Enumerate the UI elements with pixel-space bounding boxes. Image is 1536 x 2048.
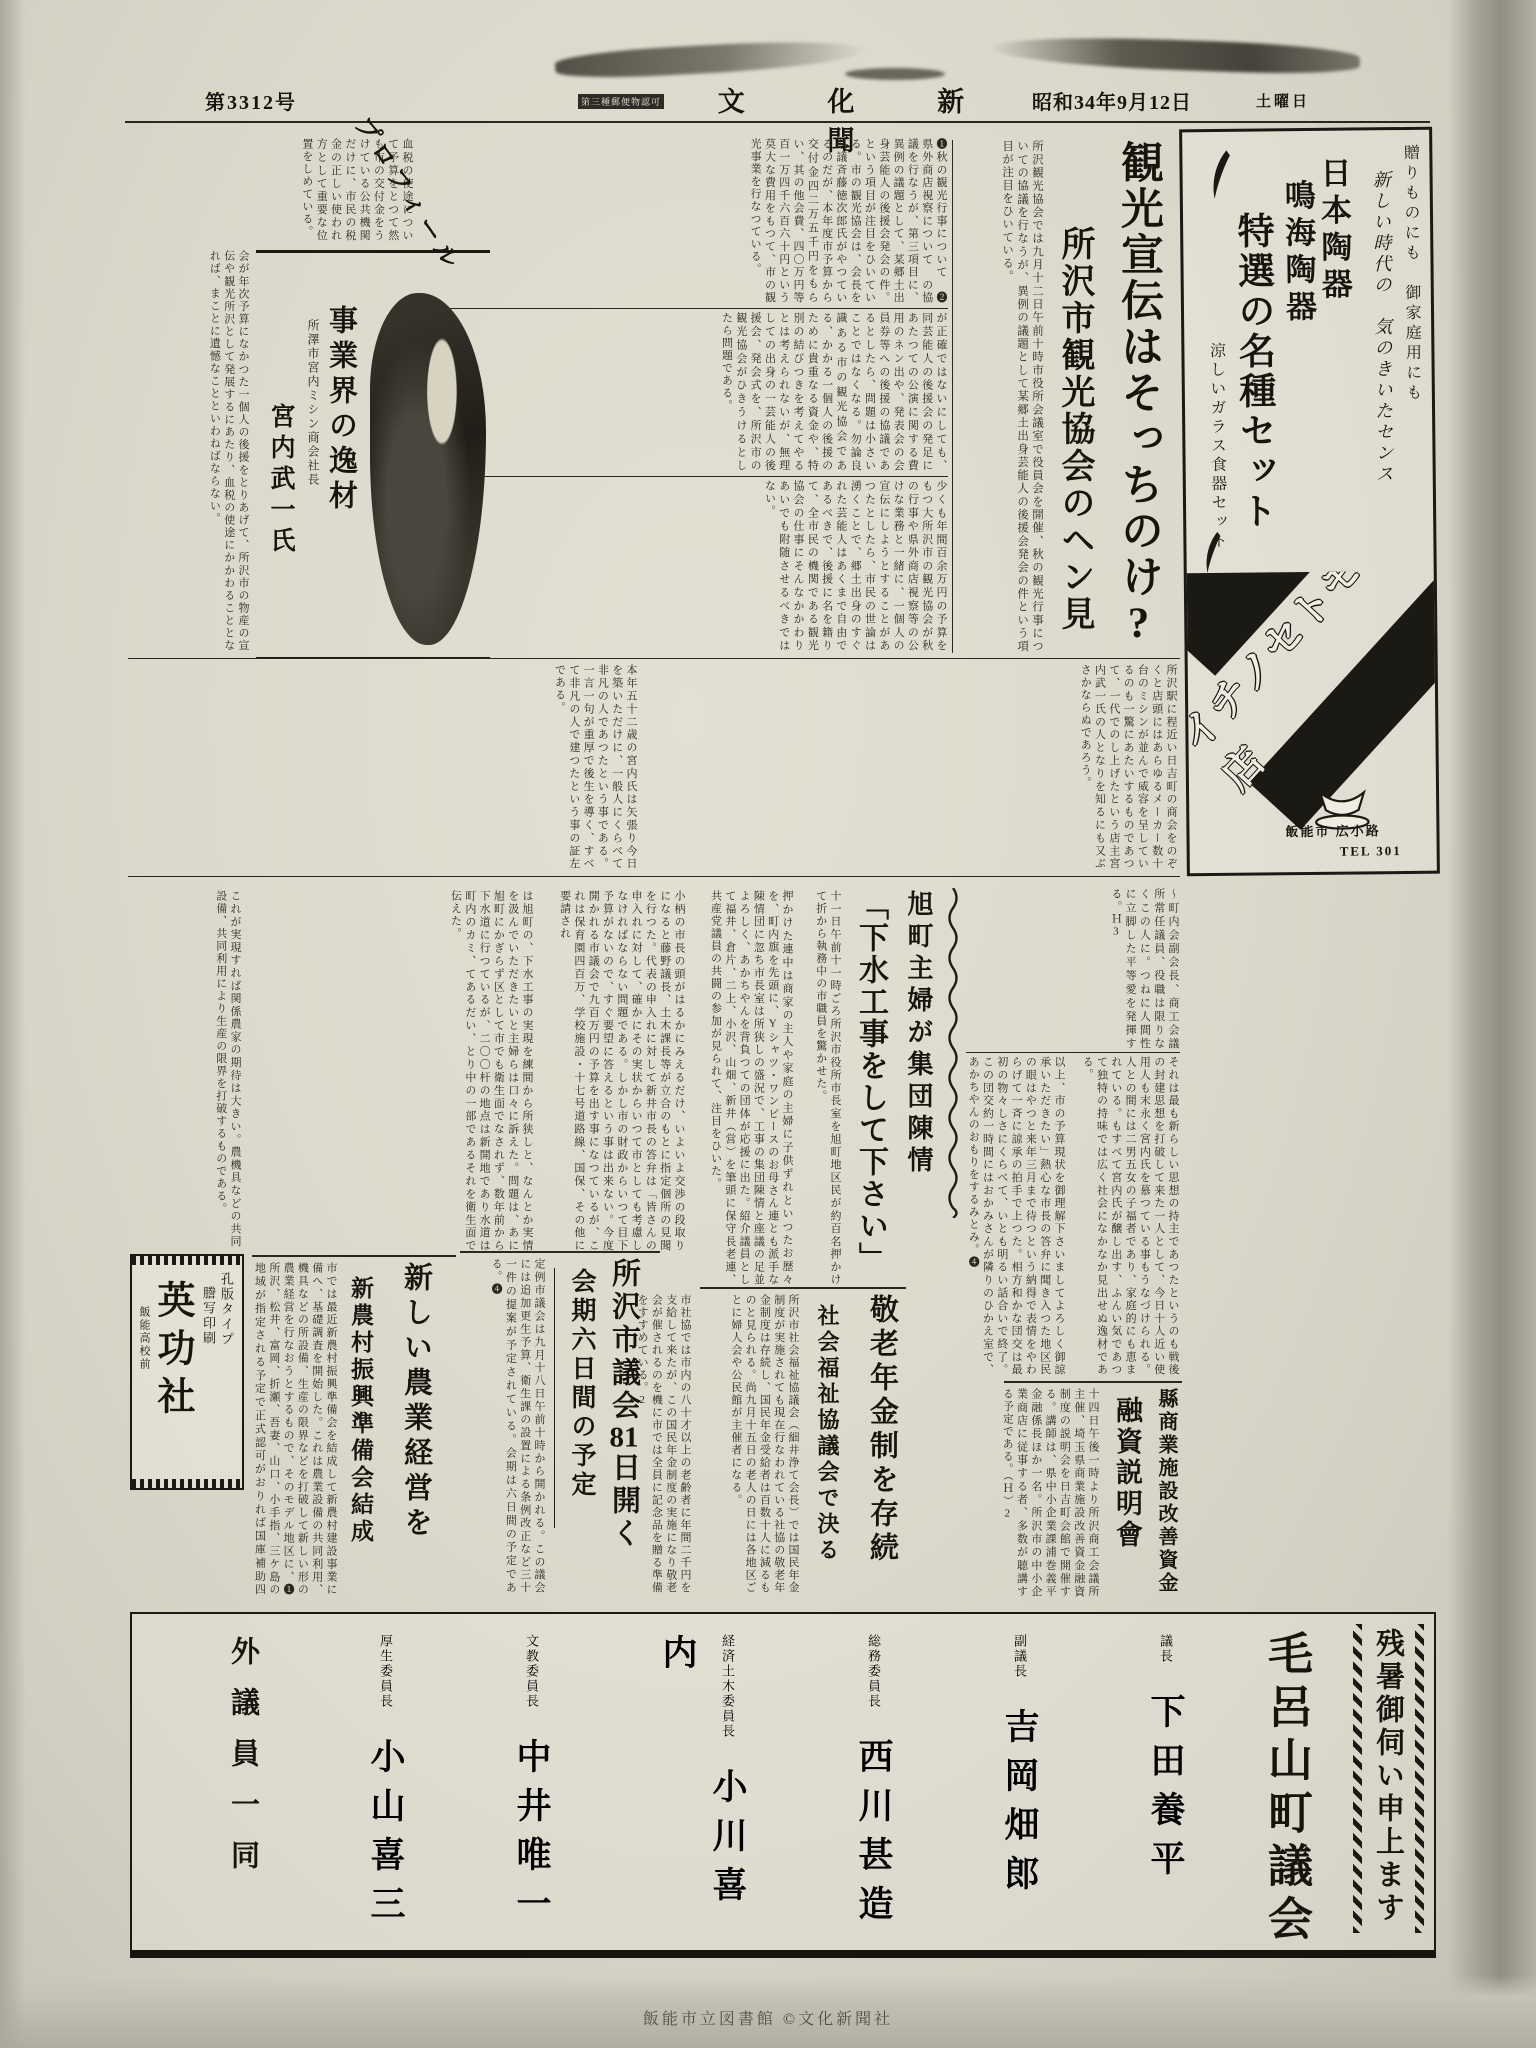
eikosha-stripe-bottom — [132, 1479, 242, 1488]
kanko-left-2: 会が年次予算になかつた一個人の後援をとりあげて、所沢市の物産の宣伝や観光所沢とし… — [128, 250, 250, 652]
eikosha-name: 英功社 — [145, 1280, 200, 1470]
tableware-catch-right: 贈りものにも 御家庭用にも — [1398, 144, 1426, 574]
nogyo-lead: 市では最近新農村振興準備会を結成して新農村建設事業に備へ、基礎調査を開始した。こ… — [252, 1262, 338, 1596]
official-title: 議長 — [1158, 1634, 1173, 1664]
kanko-divider-v — [952, 140, 953, 653]
profile-rule-3 — [966, 1052, 1180, 1053]
tableware-brand-2: 鳴海陶器 — [1275, 179, 1322, 327]
keiro-headline-2: 社会福祉協議会で決る — [812, 1304, 843, 1584]
gikai-rule — [460, 1251, 660, 1253]
official-title: 厚生委員長 — [378, 1634, 393, 1709]
brush-mark-icon — [1207, 146, 1234, 226]
gikai-lead: 定例市議会は九月十八日午前十時から開かれる。この議会には追加更生予算、衛生課の設… — [460, 1258, 546, 1594]
moroyama-official: 総務委員長 西川甚造 — [848, 1634, 898, 1950]
moroyama-official: 副議長 吉岡畑郎 — [994, 1634, 1044, 1950]
keiro-headline-1: 敬老年金制を存続 — [862, 1294, 903, 1594]
asahicho-body-1: 押かけた連中は商家の主人や家庭の主婦に子供ずれといつたお歴々を、町内旗を先頭に、… — [690, 890, 794, 1286]
gikai-headline-1b: 日開く — [608, 1452, 640, 1551]
kanko-body-3: 少くも年間百余万円の予算をもつ大所沢市の観光協会が秋の行事や県外商店視察等の公け… — [420, 480, 948, 652]
kanko-body-2: が正確ではないにしても、同芸能人の後援会の発足にあたつての公演に関する費用のネン… — [420, 312, 948, 472]
official-name: 小山喜三 — [366, 1738, 405, 1934]
tableware-main-copy: 特選の名種セット — [1224, 211, 1281, 532]
profile-name: 宮内武一氏 — [262, 403, 298, 603]
profile-feature-box: プロフィール 事業界の逸材 所澤市宮内ミシン商会社長 宮内武一氏 — [256, 250, 490, 659]
keiro-lead: 所沢市社会福祉協議会（細井浄て会長）では国民年金制度が実施されても現在行なわれて… — [700, 1294, 800, 1594]
moroyama-official: 経済土木委員長 小川喜内 — [652, 1634, 752, 1950]
kanko-headline-2: 所沢市観光協会のヘン見 — [1050, 226, 1099, 666]
asahicho-headline-1: 旭町主婦が集団陳情 — [900, 890, 937, 1190]
kanko-body-1: ❶秋の観光行事について ❷県外商店視察について の協議を行なうが、第三項目に、異… — [420, 138, 948, 304]
nogyo-headline-2: 新農村振興準備会結成 — [344, 1276, 377, 1586]
official-name: 西川甚造 — [854, 1738, 893, 1934]
issue-date: 昭和34年9月12日 — [1032, 86, 1192, 115]
scan-edge-left — [0, 0, 26, 2048]
greeting-zigzag-right — [1415, 1624, 1424, 1933]
tableware-diagonal-art: イチノセトモノ店 飯能市 広小路 TEL 301 — [1187, 571, 1437, 874]
keiro-rule — [700, 1287, 906, 1289]
scan-smudge-top-center — [845, 68, 945, 80]
newspaper-page: 第3312号 第三種郵便物認可 文 化 新 聞 昭和34年9月12日 土曜日 贈… — [0, 0, 1536, 2048]
nogyo-side: これが実現すれば関係農家の期待は大きい。農機具などの共同設備、共同利用により生産… — [128, 890, 242, 1248]
tableware-tel: TEL 301 — [1340, 843, 1402, 860]
moroyama-official: 厚生委員長 小山喜三 — [360, 1634, 410, 1950]
header-rule — [125, 121, 1430, 123]
postal-permit-label: 第三種郵便物認可 — [578, 94, 664, 109]
official-title: 文教委員長 — [524, 1634, 539, 1709]
kanko-rule-2 — [420, 476, 948, 477]
gikai-headline-2: 会期六日間の予定 — [554, 1268, 599, 1528]
eikosha-stripe-top — [132, 1256, 242, 1265]
profile-body-3: 〜町内会副会長、商工会議所常任議員、役職は限りなくこの人に。つねに人間性に立脚し… — [966, 888, 1180, 1050]
eikosha-service-1: 孔版タイプ — [217, 1272, 236, 1472]
official-name: 吉岡畑郎 — [1000, 1708, 1039, 1904]
moroyama-signoff: 外議員一同 — [223, 1636, 264, 1950]
profile-body-1: 所沢駅に程近い日吉町の商会をのぞくと店頭にはあらゆるメーカー数十台のミシンが並ん… — [648, 664, 1178, 870]
official-title: 総務委員長 — [866, 1634, 881, 1709]
band-rule-a — [128, 658, 1180, 659]
kanko-rule-1 — [420, 308, 948, 309]
official-title: 経済土木委員長 — [720, 1634, 735, 1739]
moroyama-official: 文教委員長 中井唯一 — [506, 1634, 556, 1950]
kensho-rule — [1004, 1381, 1182, 1383]
scan-edge-right — [1448, 0, 1536, 2048]
eikosha-service-2: 謄写印刷 — [199, 1286, 218, 1476]
asahicho-body-2: 小柄の市長の頭がはるかにみえるだけ、いよいよ交渉の段取りになると藤野議長、土木課… — [540, 890, 686, 1252]
kensho-headline-1: 縣商業施設改善資金 — [1152, 1388, 1181, 1598]
weekday-label: 土曜日 — [1256, 90, 1310, 111]
eikosha-ad: 孔版タイプ 謄写印刷 英功社 飯能高校前 — [130, 1254, 244, 1490]
gikai-headline-1a: 所沢市議会 — [608, 1258, 640, 1423]
nogyo-headline-1: 新しい農業経営を — [396, 1262, 437, 1592]
profile-subtitle: 所澤市宮内ミシン商会社長 — [305, 319, 322, 519]
gikai-headline-1: 所沢市議会81日開く — [604, 1258, 645, 1558]
gikai-headline-1-digits: 81 — [608, 1423, 640, 1452]
eikosha-address: 飯能高校前 — [136, 1306, 152, 1476]
footer-credit: 飯能市立図書館 ©文化新聞社 — [0, 2006, 1536, 2029]
kensho-headline-2: 融資説明會 — [1108, 1396, 1147, 1596]
issue-number: 第3312号 — [205, 86, 297, 115]
official-title: 副議長 — [1012, 1634, 1027, 1679]
moroyama-official: 議長 下田養平 — [1140, 1634, 1190, 1950]
profile-photo — [370, 293, 486, 645]
kensho-lead: 十四日午後一時より所沢商工会議所主催、埼玉県商業施設改善資金融資制度の説明会を日… — [1004, 1388, 1100, 1598]
tableware-catch-script: 新しい時代の 気のきいたセンス — [1368, 170, 1398, 590]
band-rule-b — [128, 876, 1180, 877]
scan-smudge-top-right — [990, 34, 1361, 77]
asahicho-headline-2: 「下水工事をして下さい」 — [848, 890, 892, 1310]
moroyama-council: 毛呂山町議会 — [1254, 1630, 1319, 1950]
kanko-headline-1: 観光宣伝はそっちのけ? — [1108, 140, 1169, 660]
profile-body-4: それは最も新らしい思想の持主であつたというのも戦後の封建思想を打破して来た一人と… — [1070, 1056, 1180, 1376]
kanko-lead: 所沢観光協会では九月十二日午前十時市役所会議室で役員会を開催、秋の観光行事につい… — [962, 140, 1044, 653]
greeting-zigzag-left — [1353, 1624, 1362, 1933]
tableware-ad: 贈りものにも 御家庭用にも 新しい時代の 気のきいたセンス 日本陶器 鳴海陶器 … — [1179, 127, 1440, 877]
profile-headline: 事業界の逸材 — [321, 305, 362, 535]
moroyama-greeting: 残暑御伺い申上ます — [1368, 1628, 1409, 1950]
asahicho-body-3: 以上、市の予算現状を御理解下さいましてよろしく御諒承いただきたい」熱心な市長の答… — [956, 1056, 1066, 1376]
official-name: 下田養平 — [1146, 1693, 1185, 1889]
nogyo-rule — [252, 1255, 456, 1257]
scan-smudge-top-left — [554, 37, 865, 81]
tableware-address: 飯能市 広小路 — [1285, 820, 1380, 840]
moroyama-ad: 残暑御伺い申上ます 毛呂山町議会 議長 下田養平 副議長 吉岡畑郎 総務委員長 … — [130, 1612, 1436, 1958]
asahicho-lead: 十一日午前十一時ごろ所沢市役所市長室を旭町地区民が約百名押かけて折から執務中の市… — [798, 890, 842, 1286]
official-name: 中井唯一 — [512, 1738, 551, 1934]
profile-body-2: 本年五十二歳の宮内氏は矢張り今日を築いただけに、一般人にくらべて非凡の人であつた… — [128, 664, 638, 870]
asahicho-body-4: は旭町の、下水工事の実現を練間から所狭しと、なんとか実情を汲んでいただきたいと主… — [248, 890, 534, 1252]
